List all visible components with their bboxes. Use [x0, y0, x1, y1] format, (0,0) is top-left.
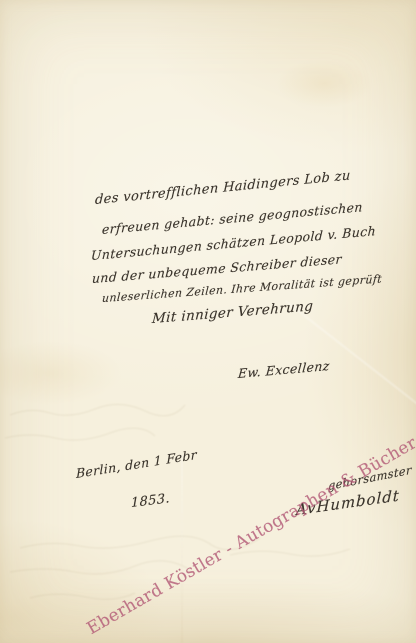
letter-photo: des vortrefflichen Haidingers Lob zu erf… — [0, 0, 416, 643]
paper-fold-vertical — [181, 455, 183, 643]
